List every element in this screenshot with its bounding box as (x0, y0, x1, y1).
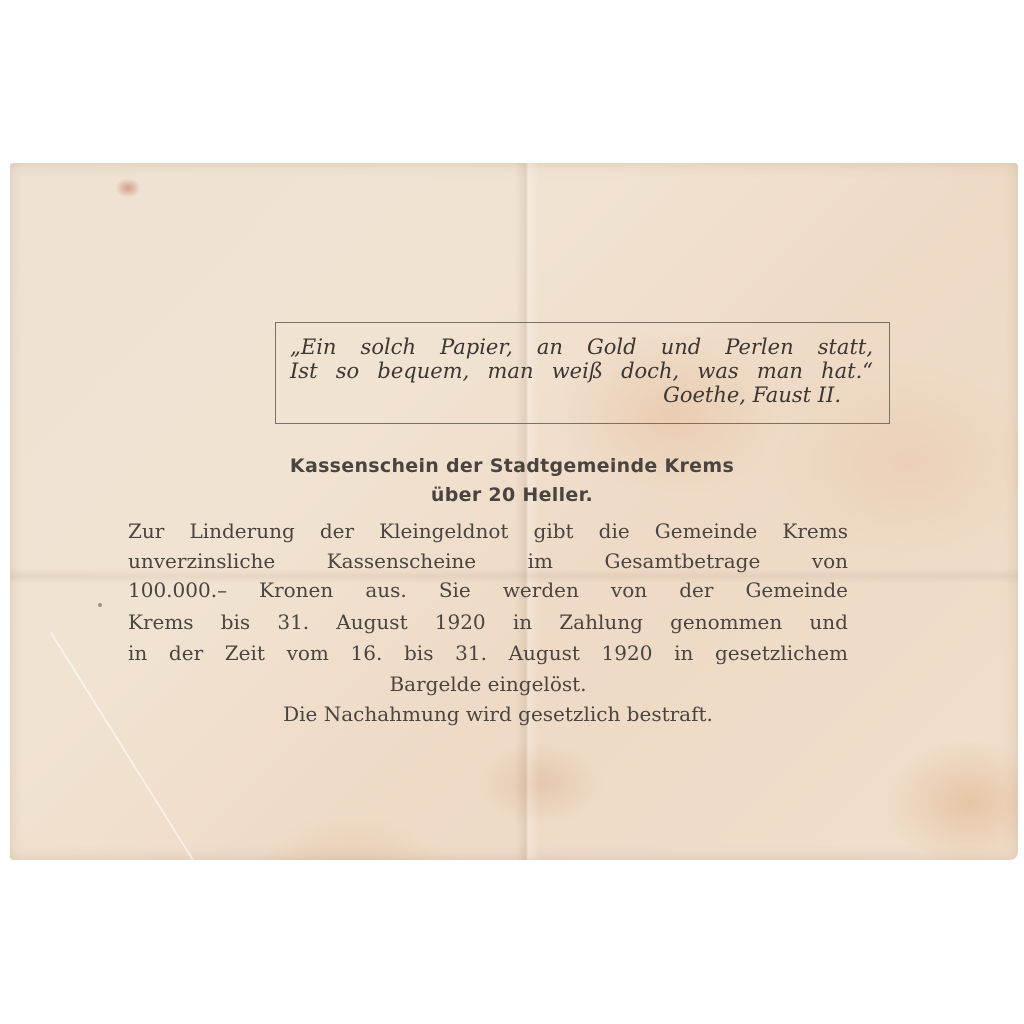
body-line-1: Zur Linderung der Kleingeldnot gibt die … (128, 519, 848, 543)
banknote-paper (10, 163, 1018, 860)
vertical-fold (515, 163, 539, 860)
note-title: Kassenschein der Stadtgemeinde Krems (0, 455, 1024, 477)
quote-attribution: Goethe, Faust II. (663, 383, 841, 407)
diagonal-crease (50, 632, 211, 887)
penalty-notice: Die Nachahmung wird gesetzlich bestraft. (128, 702, 868, 726)
body-line-3: 100.000.– Kronen aus. Sie werden von der… (128, 578, 848, 602)
quote-line-1: „Ein solch Papier, an Gold und Perlen st… (290, 335, 873, 359)
body-line-4: Krems bis 31. August 1920 in Zahlung gen… (128, 610, 848, 634)
note-denomination: über 20 Heller. (0, 484, 1024, 506)
body-line-6: Bargelde eingelöst. (128, 672, 848, 696)
quote-box: „Ein solch Papier, an Gold und Perlen st… (275, 322, 890, 424)
ink-spot (98, 603, 102, 607)
quote-line-2: Ist so bequem, man weiß doch, was man ha… (290, 359, 873, 383)
body-line-2: unverzinsliche Kassenscheine im Gesamtbe… (128, 549, 848, 573)
body-line-5: in der Zeit vom 16. bis 31. August 1920 … (128, 641, 848, 665)
